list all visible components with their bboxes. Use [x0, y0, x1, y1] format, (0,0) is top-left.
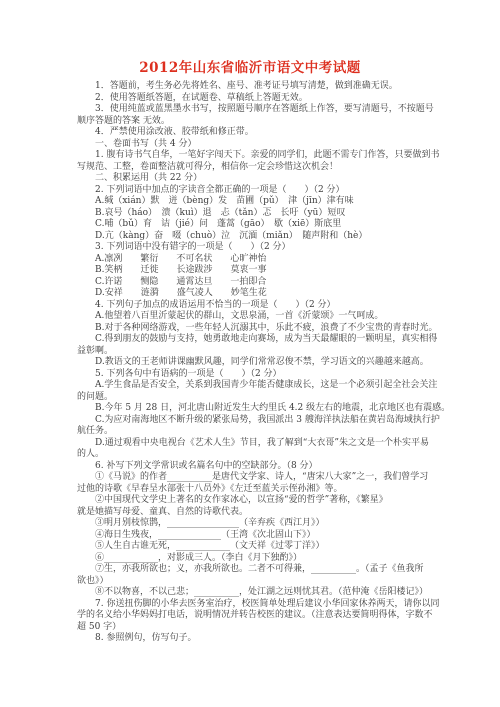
text-line: 4．严禁使用涂改液、胶带纸和修正带。	[77, 127, 442, 139]
text-line: 欲也》）	[77, 576, 442, 588]
text-line: ⑦生，亦我所欲也；义，亦我所欲也。二者不可得兼，__________。（孟子《鱼…	[77, 564, 442, 576]
text-line: C.为应对南海地区不断升级的紧张局势，我国派出 3 艘海洋执法船在黄岩岛海域执行…	[77, 415, 442, 427]
text-line: 就是她描写母爱、童真、自然的诗歌代表。	[77, 507, 442, 519]
text-line: 超 50 字）	[77, 622, 442, 634]
text-line: D.通过观看中央电视台《艺术人生》节目，我了解到“大衣哥”朱之文是一个朴实平易	[77, 438, 442, 450]
text-line: 7. 你送扭伤脚的小华去医务室治疗，校医简单处理后建议小华回家休养两天，请你以同	[77, 599, 442, 611]
text-line: 3. 下列词语中没有错字的一项是（ ）（2 分）	[77, 242, 442, 254]
page-title: 2012年山东省临沂市语文中考试题	[0, 0, 500, 76]
text-line: A.凛冽 繁衍 不可名状 心旷神怡	[77, 254, 442, 266]
text-line: 的问题。	[77, 392, 442, 404]
text-line: 2．使用答题纸答题，在试题卷、草稿纸上答题无效。	[77, 93, 442, 105]
text-line: 二、积累运用（共 22 分）	[77, 173, 442, 185]
text-line: ⑧不以物喜，不以己悲；__________，处江湖之远则忧其君。（范仲淹《岳阳楼…	[77, 587, 442, 599]
text-line: C.哺（bǔ）育 诘（jié）问 蓬蒿（gāo） 歇（xiē）斯底里	[77, 219, 442, 231]
text-line: D.安祥 涟漪 盛气凌人 妙笔生花	[77, 288, 442, 300]
text-line: C.许诺 恻隐 通霄达旦 一拍即合	[77, 277, 442, 289]
exam-body: 1．答题前，考生务必先将姓名、座号、准考证号填写清楚，做到准确无误。2．使用答题…	[77, 81, 442, 645]
text-line: 1. 腹有诗书气自华，一笔好字闯天下。亲爱的同学们，此题不需专门作答，只要做到书	[77, 150, 442, 162]
text-line: D.教语文的王老师讲课幽默风趣，同学们常常忍俊不禁，学习语文的兴趣越来越高。	[77, 357, 442, 369]
exam-page: 2012年山东省临沂市语文中考试题 1．答题前，考生务必先将姓名、座号、准考证号…	[0, 0, 500, 707]
text-line: B.哀号（háo） 溃（kuì）退 忐（tǎn）忑 长吁（yū）短叹	[77, 208, 442, 220]
text-line: B.今年 5 月 28 日，河北唐山附近发生大约里氏 4.2 级左右的地震，北京…	[77, 403, 442, 415]
text-line: B.笑柄 迁徙 长途跋涉 莫衷一事	[77, 265, 442, 277]
text-line: 6. 补写下列文学常识或名篇名句中的空缺部分。（8 分）	[77, 461, 442, 473]
text-line: 1．答题前，考生务必先将姓名、座号、准考证号填写清楚，做到准确无误。	[77, 81, 442, 93]
text-line: A.学生食品是否安全，关系到我国青少年能否健康成长，这是一个必须引起全社会关注	[77, 380, 442, 392]
text-line: ③明月别枝惊鹊，________________（辛弃疾《西江月》）	[77, 518, 442, 530]
text-line: 顺序答题的答案 无效。	[77, 116, 442, 128]
text-line: C.得到朋友的鼓励与支持，她勇敢地走向赛场，成为当天最耀眼的一颗明星，真实相得	[77, 334, 442, 346]
text-line: ⑤人生自古谁无死，____________（文天祥《过零丁洋》）	[77, 541, 442, 553]
text-line: A.他望着八百里沂蒙起伏的群山，文思泉涌，一首《沂蒙颂》一气呵成。	[77, 311, 442, 323]
text-line: 5. 下列各句中有语病的一项是（ ）（2 分）	[77, 369, 442, 381]
text-line: ①《马说》的作者__________是唐代文学家、诗人，“唐宋八大家”之一，我们…	[77, 472, 442, 484]
text-line: ④海日生残夜，______________（王湾《次北固山下》）	[77, 530, 442, 542]
text-line: 2. 下列词语中加点的字读音全都正确的一项是（ ）（2 分）	[77, 185, 442, 197]
text-line: 益彰啊。	[77, 346, 442, 358]
text-line: 8. 参照例句，仿写句子。	[77, 633, 442, 645]
text-line: 航任务。	[77, 426, 442, 438]
text-line: D.亢（kàng）奋 啜（chuò）泣 沉湎（miǎn） 随声附和（hè）	[77, 231, 442, 243]
text-line: 一、卷面书写（共 4 分）	[77, 139, 442, 151]
text-line: 学的名义给小华妈妈打电话，说明情况并转告校医的建议。（注意表达要简明得体，字数不	[77, 610, 442, 622]
text-line: 写规范、工整，卷面整洁就可得分，相信你一定会珍惜这次机会！	[77, 162, 442, 174]
text-line: 的人。	[77, 449, 442, 461]
text-line: B.对于各种网络游戏，一些年轻人沉溺其中，乐此不疲，浪费了不少宝贵的青春时光。	[77, 323, 442, 335]
text-line: A.缄（xián）默 迸（bèng）发 苗圃（pǔ） 津（jīn）津有味	[77, 196, 442, 208]
text-line: ⑥____________，对影成三人。（李白《月下独酌》）	[77, 553, 442, 565]
text-line: 4. 下列句子加点的成语运用不恰当的一项是（ ）（2 分）	[77, 300, 442, 312]
text-line: 3．使用纯蓝或蓝黑墨水书写，按照题号顺序在答题纸上作答，要写清题号，不按题号	[77, 104, 442, 116]
text-line: 过他的诗歌《早春呈水部张十八员外》《左迁至蓝关示侄孙湘》等。	[77, 484, 442, 496]
text-line: ②中国现代文学史上著名的女作家冰心，以宣扬“爱的哲学”著称，《繁星》	[77, 495, 442, 507]
